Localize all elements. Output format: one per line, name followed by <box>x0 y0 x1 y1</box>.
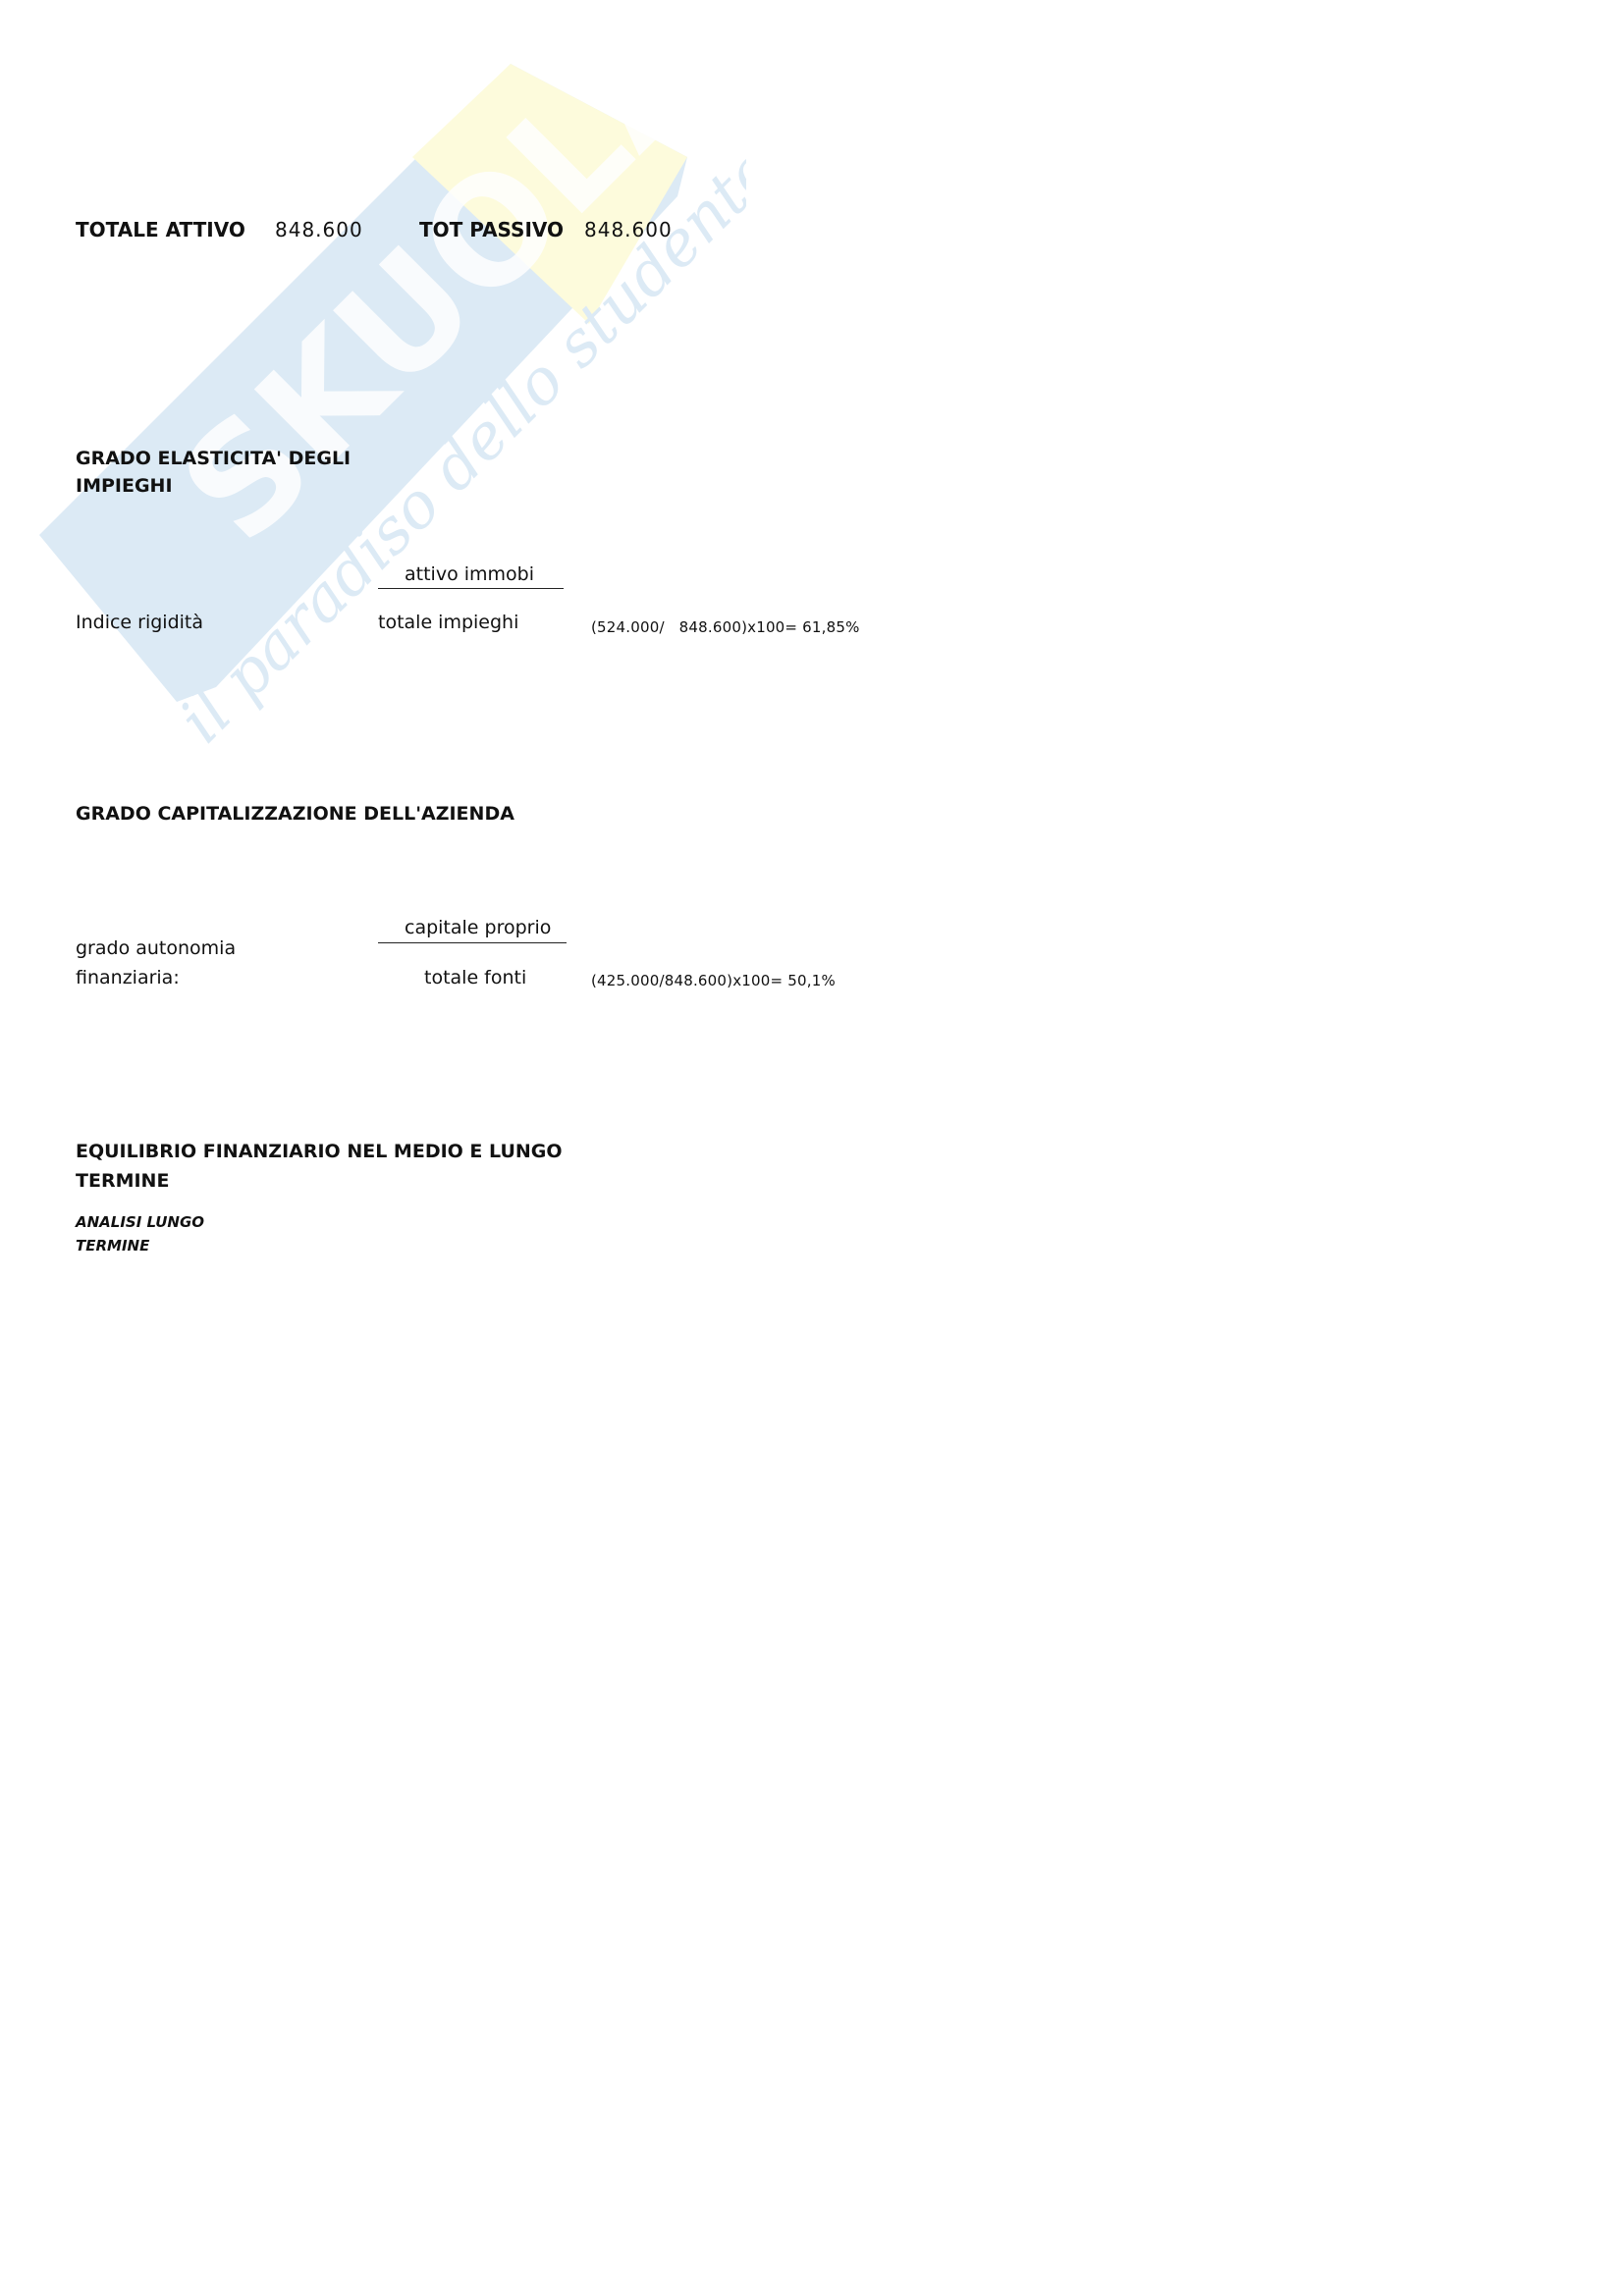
analisi-subtitle-line1: ANALISI LUNGO <box>76 1213 204 1231</box>
rigidita-numerator: attivo immobi <box>405 563 534 585</box>
elasticita-title-line1: GRADO ELASTICITA' DEGLI <box>76 448 351 469</box>
watermark-yellow-tag <box>412 64 687 324</box>
elasticita-title-line2: IMPIEGHI <box>76 475 173 497</box>
autonomia-formula: (425.000/848.600)x100= 50,1% <box>591 972 836 989</box>
rigidita-label: Indice rigidità <box>76 612 203 633</box>
rigidita-formula: (524.000/ 848.600)x100= 61,85% <box>591 618 860 636</box>
watermark-brand-text: SKUOLA.net <box>149 0 746 574</box>
skuola-watermark: SKUOLA.net il paradiso dello studente <box>0 0 746 785</box>
autonomia-label-line2: finanziaria: <box>76 967 180 988</box>
analisi-subtitle-line2: TERMINE <box>76 1237 149 1255</box>
watermark-blue-band <box>39 64 687 702</box>
autonomia-numerator: capitale proprio <box>405 917 551 938</box>
equilibrio-title-line2: TERMINE <box>76 1170 169 1192</box>
autonomia-label-line1: grado autonomia <box>76 937 236 959</box>
autonomia-denominator: totale fonti <box>424 967 526 988</box>
totale-attivo-label: TOTALE ATTIVO <box>76 218 245 241</box>
fraction-line <box>378 588 564 589</box>
capitalizzazione-title: GRADO CAPITALIZZAZIONE DELL'AZIENDA <box>76 803 514 825</box>
tot-passivo-label: TOT PASSIVO <box>419 218 564 241</box>
rigidita-denominator: totale impieghi <box>378 612 518 633</box>
equilibrio-title-line1: EQUILIBRIO FINANZIARIO NEL MEDIO E LUNGO <box>76 1141 563 1162</box>
tot-passivo-value: 848.600 <box>584 218 673 241</box>
totale-attivo-value: 848.600 <box>275 218 363 241</box>
fraction-line <box>378 942 567 943</box>
